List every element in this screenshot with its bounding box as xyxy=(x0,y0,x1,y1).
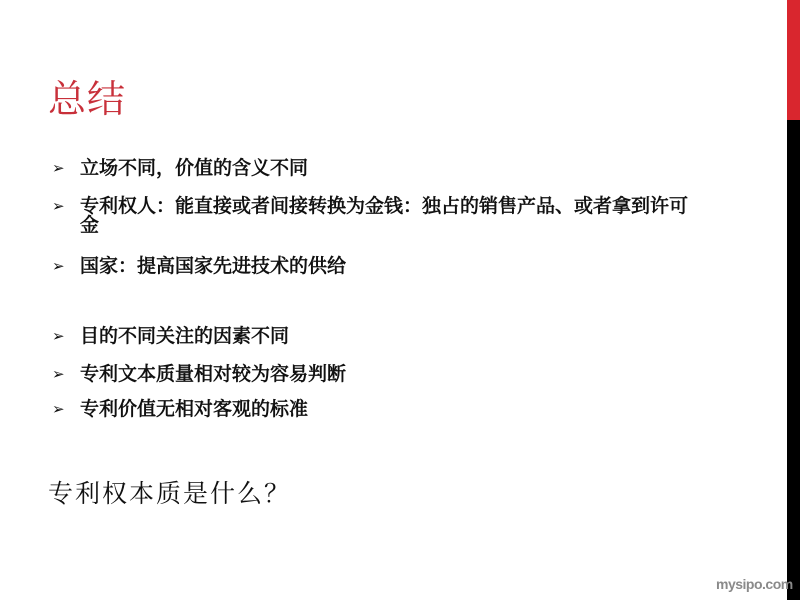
bullet-text: 专利权人：能直接或者间接转换为金钱：独占的销售产品、或者拿到许可金 xyxy=(80,197,695,235)
bullet-text: 立场不同，价值的含义不同 xyxy=(80,159,308,178)
bullet-item: ➢ 国家：提高国家先进技术的供给 xyxy=(52,257,346,276)
bullet-item: ➢ 专利文本质量相对较为容易判断 xyxy=(52,365,346,384)
bullet-text: 国家：提高国家先进技术的供给 xyxy=(80,257,346,276)
slide-title: 总结 xyxy=(48,80,126,118)
arrow-bullet-icon: ➢ xyxy=(52,159,80,178)
closing-question: 专利权本质是什么？ xyxy=(48,474,291,510)
arrow-bullet-icon: ➢ xyxy=(52,197,80,216)
watermark: mysipo.com xyxy=(716,576,793,592)
accent-bar-black xyxy=(787,120,800,600)
bullet-text: 专利价值无相对客观的标准 xyxy=(80,400,308,419)
arrow-bullet-icon: ➢ xyxy=(52,327,80,346)
accent-bar-red xyxy=(787,0,800,120)
bullet-item: ➢ 专利权人：能直接或者间接转换为金钱：独占的销售产品、或者拿到许可金 xyxy=(52,197,695,235)
arrow-bullet-icon: ➢ xyxy=(52,400,80,419)
bullet-item: ➢ 立场不同，价值的含义不同 xyxy=(52,159,308,178)
bullet-item: ➢ 专利价值无相对客观的标准 xyxy=(52,400,308,419)
arrow-bullet-icon: ➢ xyxy=(52,365,80,384)
arrow-bullet-icon: ➢ xyxy=(52,257,80,276)
bullet-text: 专利文本质量相对较为容易判断 xyxy=(80,365,346,384)
bullet-item: ➢ 目的不同关注的因素不同 xyxy=(52,327,289,346)
bullet-text: 目的不同关注的因素不同 xyxy=(80,327,289,346)
